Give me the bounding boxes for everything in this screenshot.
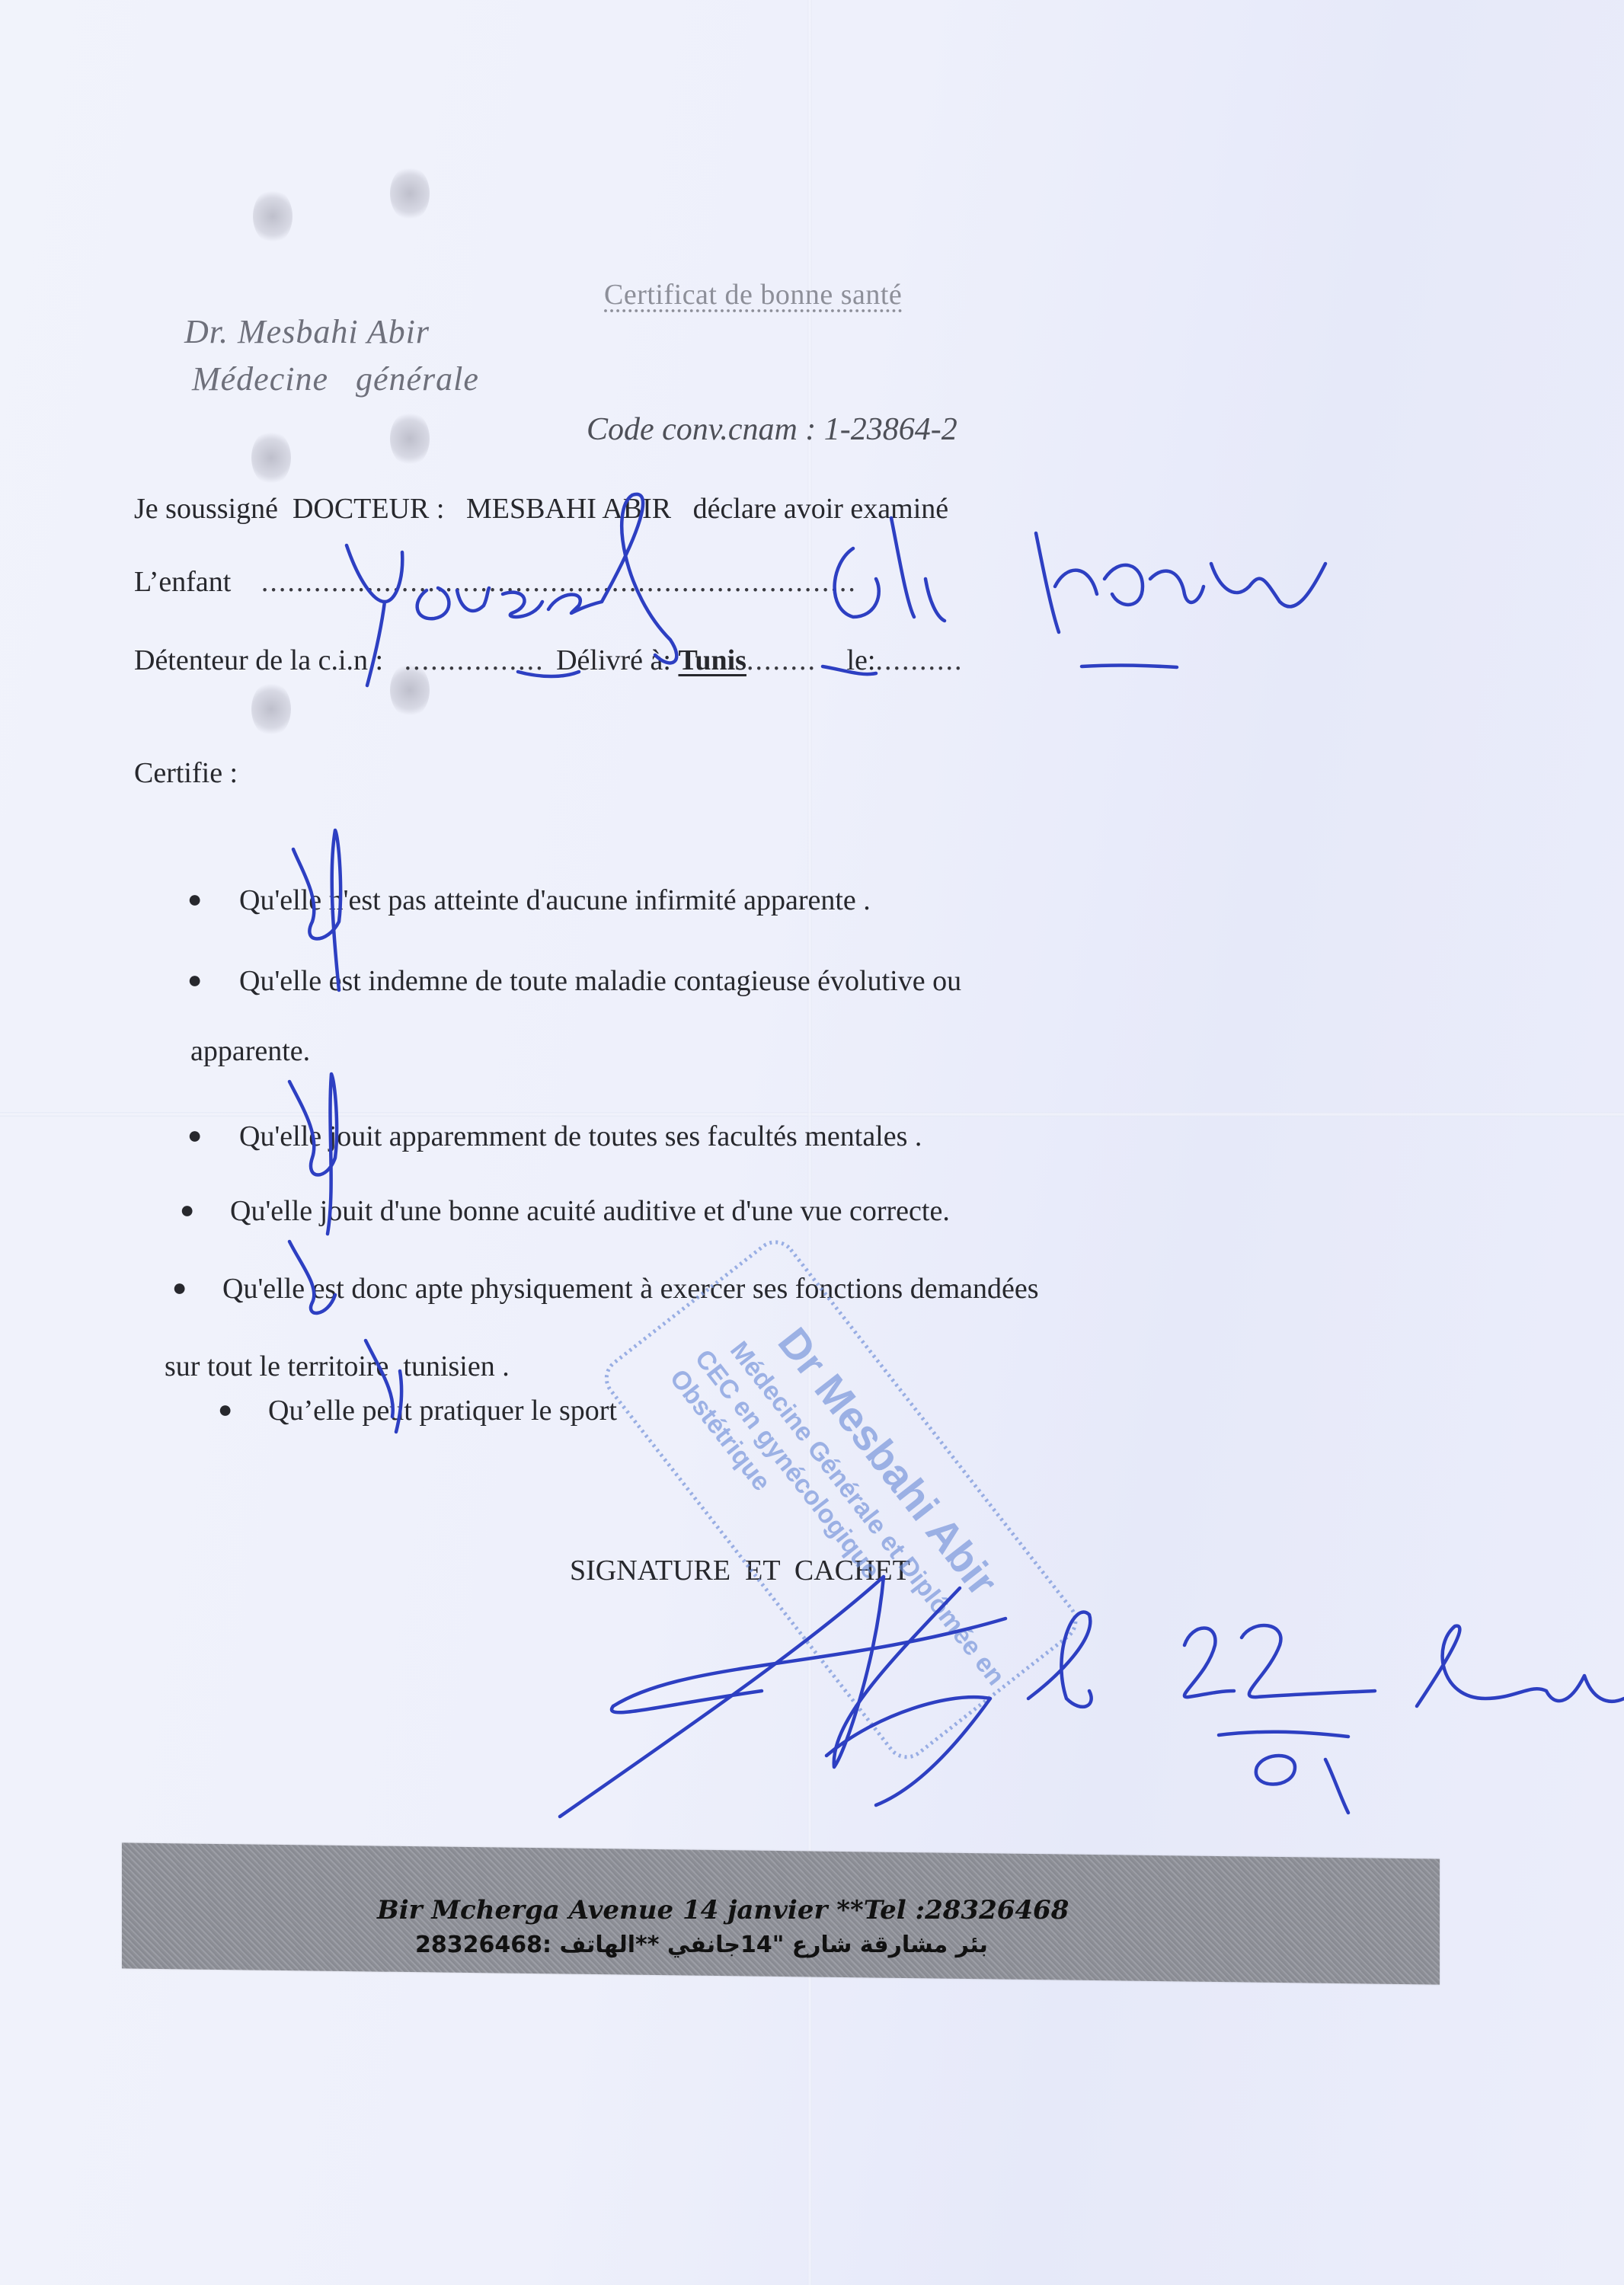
punch-hole (251, 430, 291, 485)
signature-scribble (560, 1577, 1005, 1817)
cin-row: Détenteur de la c.i.n : ................… (134, 644, 963, 677)
certificate-title: Certificat de bonne santé (604, 278, 902, 312)
date-ink-mark (1082, 665, 1177, 667)
paper-fold-horizontal (0, 1112, 1624, 1117)
declaration-line: Je soussigné DOCTEUR : MESBAHI ABIR décl… (134, 492, 948, 526)
bullet-icon: ● (187, 885, 202, 913)
punch-hole (390, 166, 430, 221)
statement-4: ● Qu'elle jouit d'une bonne acuité audit… (180, 1194, 950, 1228)
stamp-line-2: Médecine Générale et Diplômée en (724, 1336, 1010, 1691)
statement-5-continued: sur tout le territoire tunisien . (165, 1350, 510, 1383)
punch-hole (390, 411, 430, 466)
cin-label: Détenteur de la c.i.n : (134, 644, 383, 676)
statement-2: ● Qu'elle est indemne de toute maladie c… (187, 964, 961, 998)
child-label: L’enfant (134, 566, 231, 598)
stamp-line-3: CEC en gynécologique (689, 1344, 886, 1584)
statement-3: ● Qu'elle jouit apparemment de toutes se… (187, 1120, 922, 1153)
cin-dotted-field: ................ (404, 644, 545, 676)
doctor-specialty: Médecine générale (192, 360, 479, 398)
statement-5: ● Qu'elle est donc apte physiquement à e… (172, 1272, 1039, 1305)
statement-1: ● Qu'elle n'est pas atteinte d'aucune in… (187, 884, 871, 917)
bullet-icon: ● (187, 966, 202, 994)
certifie-label: Certifie : (134, 756, 238, 790)
child-field-row: L’enfant ...............................… (134, 565, 857, 599)
date-label: le: (846, 644, 875, 676)
footer-address-french: Bir Mcherga Avenue 14 janvier **Tel :283… (377, 1895, 1069, 1925)
bullet-icon: ● (187, 1121, 202, 1149)
stamp-line-4: Obstétrique (664, 1364, 776, 1497)
child-dotted-field: ........................................… (261, 566, 857, 598)
bullet-icon: ● (218, 1395, 232, 1424)
bullet-icon: ● (180, 1196, 194, 1224)
bullet-icon: ● (172, 1274, 187, 1302)
delivered-label: Délivré à: (556, 644, 671, 676)
signature-label: SIGNATURE ET CACHET (570, 1554, 910, 1587)
statement-6: ● Qu’elle peut pratiquer le sport (218, 1394, 617, 1427)
statement-2-continued: apparente. (190, 1034, 310, 1068)
delivered-dotted-field: ........ (746, 644, 817, 676)
doctor-name: Dr. Mesbahi Abir (184, 312, 430, 351)
cnam-code: Code conv.cnam : 1-23864-2 (587, 411, 957, 448)
delivered-place: Tunis (678, 644, 746, 676)
handwritten-date (1028, 1612, 1624, 1813)
punch-hole (251, 682, 291, 737)
footer-address-arabic: بئر مشارقة شارع "14جانفي **الهاتف :28326… (415, 1932, 988, 1958)
date-dotted-field: .......... (875, 644, 963, 676)
punch-hole (253, 189, 293, 244)
